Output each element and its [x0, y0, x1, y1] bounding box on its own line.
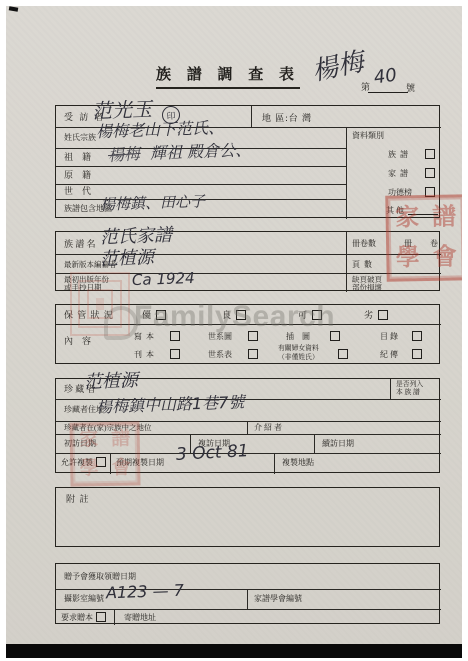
grade-poor-label: 劣	[364, 311, 373, 320]
owner-address-handwriting: 楊梅鎮中山路1巷7號	[96, 394, 245, 415]
divider	[274, 453, 275, 474]
biographies-checkbox	[412, 349, 422, 359]
compiler-handwriting: 范植源	[100, 249, 155, 269]
serial-prefix-label: 第	[361, 83, 370, 92]
copy-location-label: 複製地點	[282, 459, 314, 467]
category-genealogy-label: 族 譜	[388, 151, 408, 159]
page-count-label: 頁 數	[352, 261, 372, 269]
numbering-donation-box: 贈予會獲取領贈日期 攝影室編號 家譜學會編號 要求贈本 寄贈地址 A123 — …	[55, 563, 440, 624]
divider	[346, 127, 347, 219]
divider	[314, 434, 315, 453]
photo-room-number-handwriting: A123 — 7	[106, 583, 184, 602]
surname-clan-handwriting: 楊梅老山下范氏、	[96, 120, 224, 140]
request-copy-label: 要求贈本	[61, 614, 93, 622]
donation-receipt-date-label: 贈予會獲取領贈日期	[64, 573, 136, 581]
volume-count-label: 冊卷數	[352, 240, 376, 248]
divider	[247, 421, 248, 434]
page-title: 族 譜 調 查 表	[156, 68, 300, 89]
pedigree-table-label: 世系表	[208, 351, 232, 359]
genealogy-name-label: 族 譜 名	[64, 240, 96, 249]
women-records-checkbox	[338, 349, 348, 359]
printed-edition-checkbox	[170, 349, 180, 359]
seal-character: 學	[396, 243, 421, 273]
coverage-area-handwriting: 楊梅鎮、田心子	[100, 194, 205, 213]
category-family-register-checkbox	[425, 168, 435, 178]
interviewee-name-handwriting: 范光玉	[92, 99, 153, 121]
pedigree-table-checkbox	[248, 349, 258, 359]
genealogical-society-number-label: 家譜學會編號	[254, 595, 302, 603]
divider	[247, 589, 248, 609]
seal-character: 會	[112, 456, 131, 480]
listed-in-genealogy-label-line2: 本 族 譜	[396, 390, 420, 397]
seal-character: 譜	[432, 202, 457, 232]
ancestral-home-label: 祖 籍	[64, 153, 91, 162]
introducer-label: 介 紹 者	[254, 424, 282, 432]
illustrations-label: 插 圖	[286, 333, 310, 341]
divider	[346, 232, 347, 292]
divider	[114, 609, 115, 625]
listed-in-genealogy-label-line1: 是否列入	[396, 382, 423, 389]
divider	[56, 184, 346, 185]
manuscript-label: 寫 本	[134, 333, 154, 341]
scanned-genealogy-survey-form: { "colors": { "stamp_red": "#af372a", "p…	[0, 0, 468, 661]
category-genealogy-checkbox	[425, 149, 435, 159]
ancestral-home-handwriting: 輝祖 殿倉公、	[150, 142, 252, 162]
divider	[251, 106, 252, 127]
seal-character: 學	[80, 457, 99, 481]
women-records-label-line2: （非僅姓氏）	[278, 355, 319, 362]
divider	[56, 166, 346, 167]
notes-box: 附 註	[55, 487, 440, 547]
request-copy-checkbox	[96, 612, 106, 622]
surname-clan-label: 姓氏宗族	[64, 134, 96, 142]
biographies-label: 紀 傳	[380, 351, 398, 359]
seal-character: 家	[79, 428, 98, 452]
photo-room-number-label: 攝影室編號	[64, 595, 104, 603]
red-seal-stamp-faint: 家 譜 學 會	[69, 421, 140, 486]
women-records-label-line1: 有關婦女資料	[278, 346, 319, 353]
crossed-out-handwriting: 楊梅	[107, 146, 140, 164]
followup-visit-date-label: 續訪日期	[322, 440, 354, 448]
paper-sheet: 族 譜 調 查 表 楊梅 第 40 號 受 訪 者 地 區:台 灣 姓氏宗族 祖…	[6, 6, 462, 658]
familysearch-text-watermark: FamilySearch	[134, 300, 335, 334]
original-home-label: 原 籍	[64, 171, 91, 180]
serial-underline	[368, 92, 408, 93]
generations-label: 世 代	[64, 187, 91, 196]
region-handwriting: 楊梅	[310, 49, 366, 85]
scan-edge-black-bar	[6, 644, 462, 658]
grade-poor-checkbox	[378, 310, 388, 320]
red-seal-stamp: 家 譜 學 會	[385, 194, 462, 281]
table-of-contents-label: 目 錄	[380, 333, 398, 341]
notes-label: 附 註	[66, 495, 89, 504]
first-publication-handwriting: Ca 1924	[132, 271, 195, 288]
divider	[390, 379, 391, 399]
serial-suffix-label: 號	[406, 84, 415, 93]
seal-character: 家	[395, 203, 420, 233]
damage-label-line2: 部份損壞	[352, 284, 382, 292]
mailing-address-label: 寄贈地址	[124, 614, 156, 622]
material-category-label: 資料類別	[352, 132, 384, 140]
interviewee-info-box: 受 訪 者 地 區:台 灣 姓氏宗族 祖 籍 原 籍 世 代 族譜包含地區 資料…	[55, 105, 440, 218]
seal-character: 會	[433, 242, 458, 272]
copy-date-handwriting: 3 Oct 81	[176, 443, 249, 464]
contents-label: 內 容	[64, 337, 91, 346]
familysearch-logo-watermark	[104, 306, 138, 340]
table-of-contents-checkbox	[412, 331, 422, 341]
category-family-register-label: 家 譜	[388, 170, 408, 178]
serial-number-handwriting: 40	[373, 66, 398, 87]
pedigree-chart-label: 世系圖	[208, 333, 232, 341]
seal-character: 譜	[111, 427, 130, 451]
scan-artifact-mark	[9, 6, 19, 12]
owner-name-handwriting: 范植源	[84, 372, 139, 392]
region-label: 地 區:台 灣	[262, 114, 312, 123]
genealogy-name-handwriting: 范氏家譜	[100, 227, 173, 248]
printed-edition-label: 刊 本	[134, 351, 154, 359]
